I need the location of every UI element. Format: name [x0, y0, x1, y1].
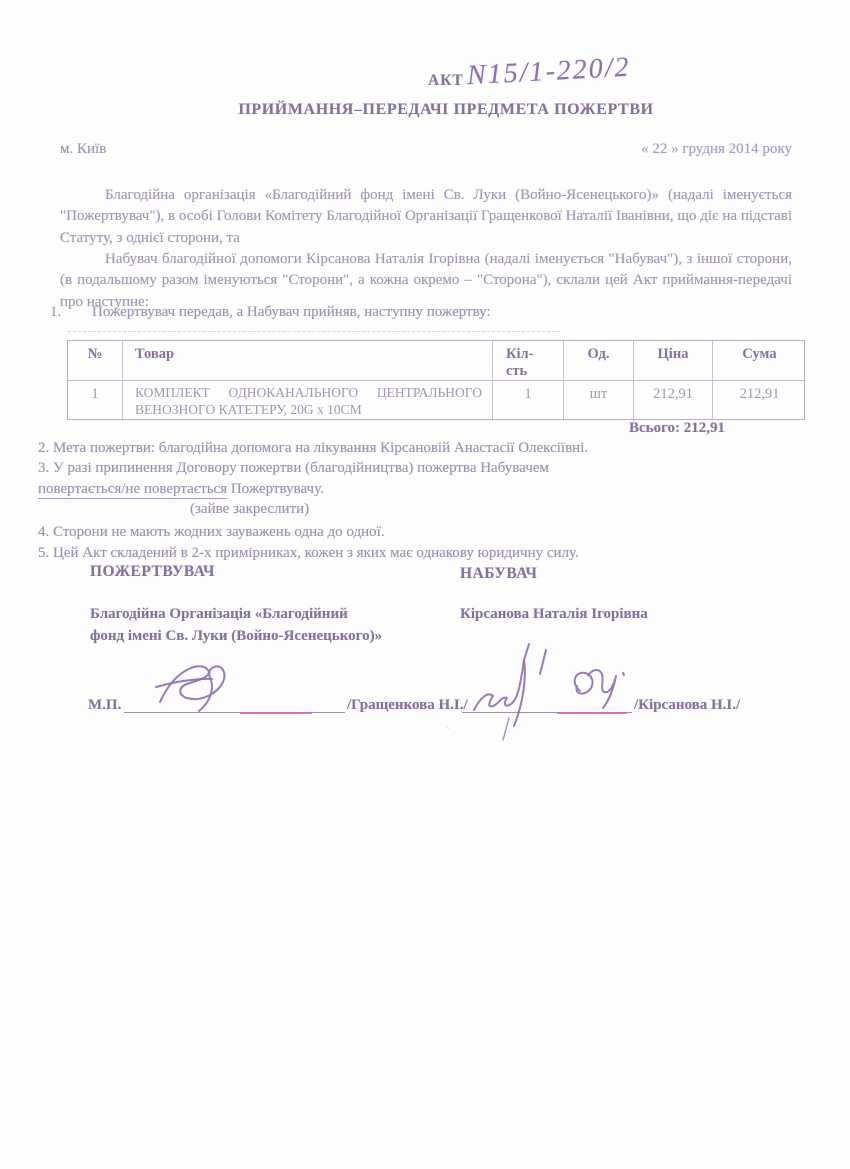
clause-5: 5. Цей Акт складений в 2-х примірниках, …: [38, 545, 579, 562]
col-header-product: Товар: [123, 341, 493, 381]
col-header-qty: Кіл-сть: [493, 341, 564, 381]
donor-org-line1: Благодійна Організація «Благодійний: [90, 606, 348, 623]
stray-pen-stroke: [500, 716, 512, 742]
col-header-sum: Сума: [713, 341, 806, 381]
scanned-act-document: АКТ N15/1-220/2 ПРИЙМАННЯ–ПЕРЕДАЧІ ПРЕДМ…: [0, 0, 850, 1169]
date-label: « 22 » грудня 2014 року: [641, 141, 792, 158]
col-header-unit: Од.: [564, 341, 634, 381]
city-label: м. Київ: [60, 141, 106, 158]
row-product: КОМПЛЕКТ ОДНОКАНАЛЬНОГО ЦЕНТРАЛЬНОГО ВЕН…: [123, 381, 493, 421]
donor-signature-scribble: [150, 656, 260, 716]
clause-3-line1: 3. У разі припинення Договору пожертви (…: [38, 460, 549, 477]
clause-3-underlined-choice: повертається/не повертається: [38, 481, 227, 499]
total-value: 212,91: [684, 420, 725, 436]
list-item-1-text: Пожертвувач передав, а Набувач прийняв, …: [92, 304, 491, 321]
row-number: 1: [68, 381, 123, 421]
goods-table: № Товар Кіл-сть Од. Ціна Сума 1 КОМПЛЕКТ…: [67, 340, 805, 420]
clause-2: 2. Мета пожертви: благодійна допомога на…: [38, 440, 588, 457]
scan-artifact-line: [68, 331, 560, 332]
recipient-signature-name: /Кірсанова Н.І./: [634, 697, 740, 714]
clause-3-line2: повертається/не повертається Пожертвувач…: [38, 481, 324, 498]
row-unit: шт: [564, 381, 634, 421]
list-item-1-number: 1.: [50, 304, 61, 321]
col-header-price: Ціна: [634, 341, 713, 381]
donor-role-heading: ПОЖЕРТВУВАЧ: [90, 563, 215, 581]
seal-label: М.П.: [88, 697, 121, 714]
clause-3-note: (зайве закреслити): [190, 501, 309, 518]
donor-signature-name: /Гращенкова Н.І./: [347, 697, 468, 714]
clause-3-tail: Пожертвувачу.: [227, 481, 324, 497]
act-number-handwritten: N15/1-220/2: [466, 52, 631, 93]
stray-ink-dot: `: [446, 726, 450, 738]
document-title: ПРИЙМАННЯ–ПЕРЕДАЧІ ПРЕДМЕТА ПОЖЕРТВИ: [0, 101, 850, 119]
total-line: Всього: 212,91: [480, 420, 725, 437]
row-qty: 1: [493, 381, 564, 421]
row-price: 212,91: [634, 381, 713, 421]
recipient-signature-scribble-2: [565, 666, 631, 714]
clause-4: 4. Сторони не мають жодних зауважень одн…: [38, 524, 385, 541]
col-header-number: №: [68, 341, 123, 381]
total-label: Всього:: [629, 420, 680, 436]
recipient-role-heading: НАБУВАЧ: [460, 565, 537, 583]
act-label: АКТ: [428, 72, 464, 90]
row-sum: 212,91: [713, 381, 806, 421]
recipient-person-name: Кірсанова Наталія Ігорівна: [460, 606, 648, 623]
donor-org-line2: фонд імені Св. Луки (Войно-Ясенецького)»: [90, 628, 382, 645]
paragraph-donor: Благодійна організація «Благодійний фонд…: [60, 185, 792, 249]
